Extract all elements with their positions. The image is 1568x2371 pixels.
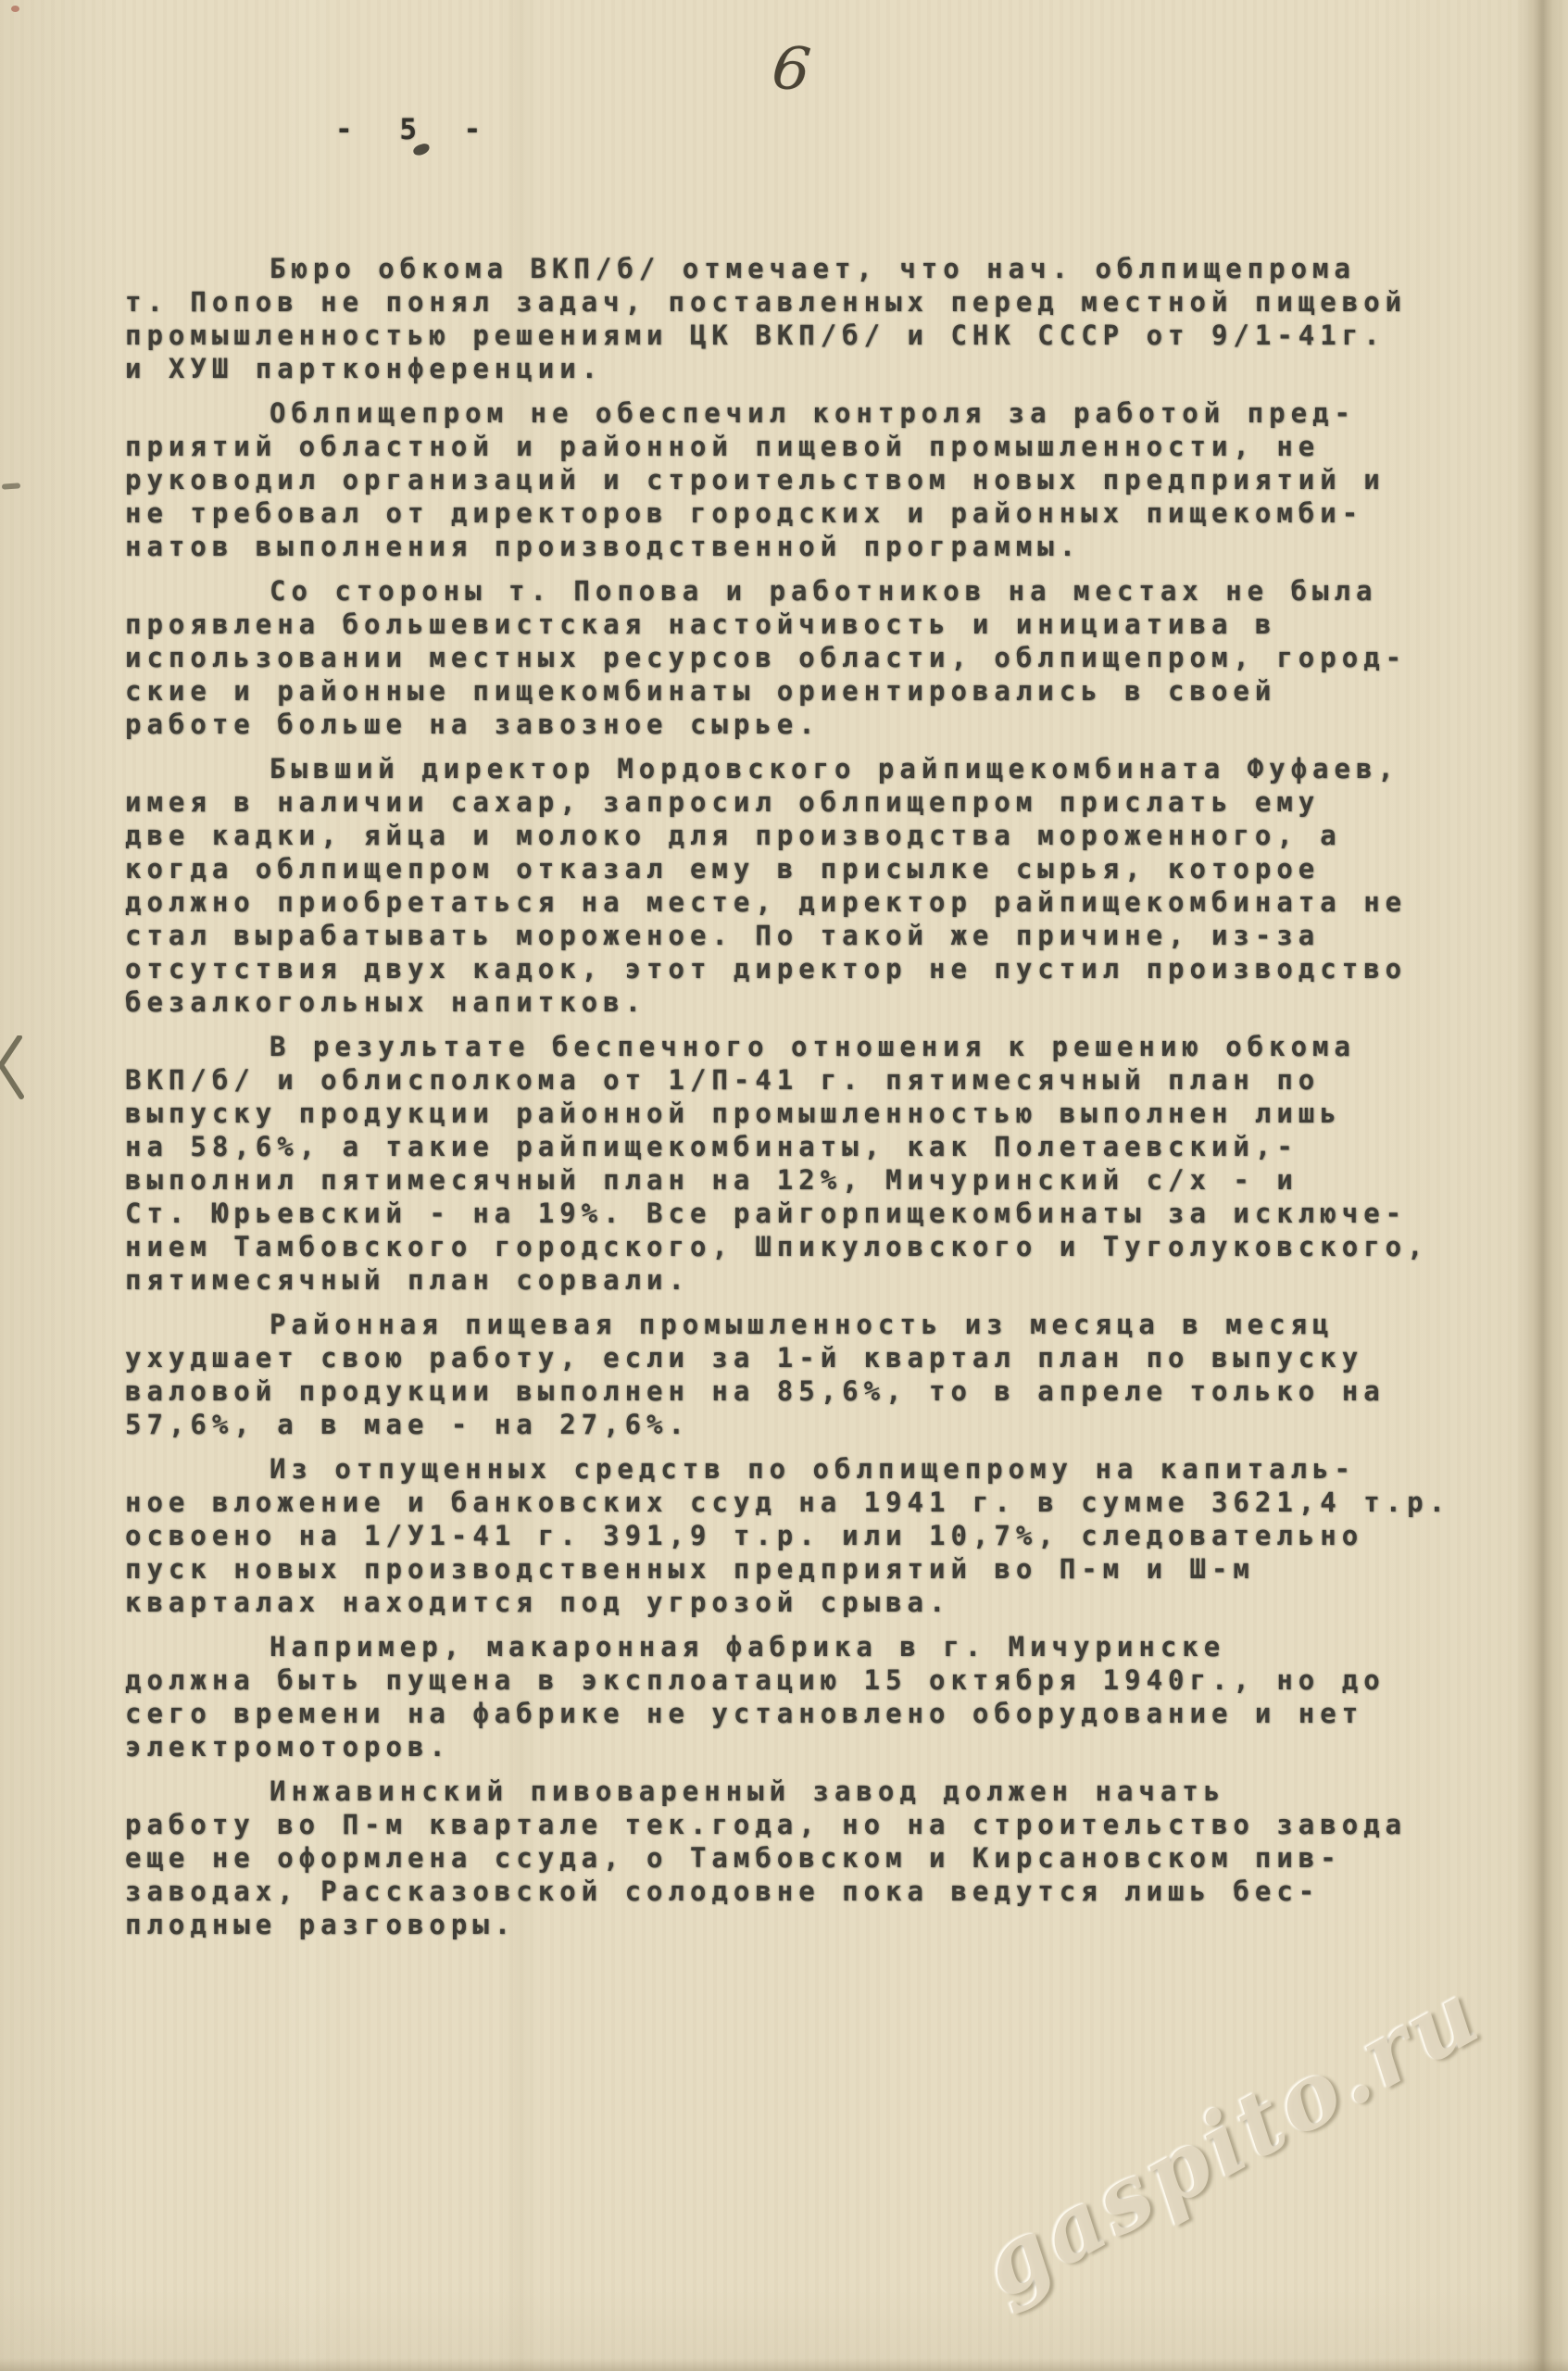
text-line: пуск новых производственных предприятий … — [125, 1552, 1496, 1586]
paragraph: В результате беспечного отношения к реше… — [125, 1030, 1496, 1297]
text-line: Со стороны т. Попова и работников на мес… — [125, 574, 1496, 608]
text-line: Из отпущенных средств по облпищепрому на… — [125, 1452, 1496, 1486]
watermark: gaspito.ru — [964, 1959, 1499, 2318]
text-line: приятий областной и районной пищевой про… — [125, 430, 1496, 463]
text-line: электромоторов. — [125, 1730, 1496, 1763]
text-line: Ст. Юрьевский - на 19%. Все райгорпищеко… — [125, 1197, 1496, 1230]
paragraph: Бывший директор Мордовского райпищекомби… — [125, 752, 1496, 1019]
text-line: отсутствия двух кадок, этот директор не … — [125, 952, 1496, 985]
page-number: - 5 - — [335, 113, 495, 146]
document-body: Бюро обкома ВКП/б/ отмечает, что нач. об… — [125, 252, 1496, 1941]
text-line: т. Попов не понял задач, поставленных пе… — [125, 285, 1496, 319]
text-line: ухудшает свою работу, если за 1-й кварта… — [125, 1341, 1496, 1374]
text-line: не требовал от директоров городских и ра… — [125, 496, 1496, 530]
text-line: В результате беспечного отношения к реше… — [125, 1030, 1496, 1063]
text-line: ВКП/б/ и облисполкома от 1/П-41 г. пятим… — [125, 1063, 1496, 1097]
text-line: работе больше на завозное сырье. — [125, 708, 1496, 741]
text-line: Районная пищевая промышленность из месяц… — [125, 1308, 1496, 1341]
text-line: две кадки, яйца и молоко для производств… — [125, 819, 1496, 852]
text-line: валовой продукции выполнен на 85,6%, то … — [125, 1374, 1496, 1408]
text-line: плодные разговоры. — [125, 1908, 1496, 1941]
text-line: ские и районные пищекомбинаты ориентиров… — [125, 674, 1496, 708]
text-line: выпуску продукции районной промышленност… — [125, 1097, 1496, 1130]
paragraph: Бюро обкома ВКП/б/ отмечает, что нач. об… — [125, 252, 1496, 385]
paragraph: Из отпущенных средств по облпищепрому на… — [125, 1452, 1496, 1619]
text-line: должно приобретаться на месте, директор … — [125, 885, 1496, 919]
text-line: Облпищепром не обеспечил контроля за раб… — [125, 396, 1496, 430]
text-line: и ХУШ партконференции. — [125, 352, 1496, 385]
text-line: Бюро обкома ВКП/б/ отмечает, что нач. об… — [125, 252, 1496, 285]
ink-mark — [2, 483, 20, 489]
text-line: нием Тамбовского городского, Шпикуловско… — [125, 1230, 1496, 1263]
text-line: промышленностью решениями ЦК ВКП/б/ и СН… — [125, 319, 1496, 352]
text-line: выполнил пятимесячный план на 12%, Мичур… — [125, 1163, 1496, 1197]
ink-mark-angle — [0, 1035, 25, 1100]
document-page: - 5 - 6 Бюро обкома ВКП/б/ отмечает, что… — [0, 0, 1568, 2371]
text-line: 57,6%, а в мае - на 27,6%. — [125, 1408, 1496, 1441]
text-line: на 58,6%, а такие райпищекомбинаты, как … — [125, 1130, 1496, 1163]
page-edge-shadow — [1516, 0, 1568, 2371]
text-line: использовании местных ресурсов области, … — [125, 641, 1496, 674]
page-bottom-shadow — [0, 2358, 1568, 2371]
handwritten-page-number: 6 — [769, 33, 813, 106]
text-line: Инжавинский пивоваренный завод должен на… — [125, 1775, 1496, 1808]
text-line: работу во П-м квартале тек.года, но на с… — [125, 1808, 1496, 1841]
text-line: безалкогольных напитков. — [125, 985, 1496, 1019]
text-line: освоено на 1/У1-41 г. 391,9 т.р. или 10,… — [125, 1519, 1496, 1552]
text-line: руководил организаций и строительством н… — [125, 463, 1496, 496]
text-line: стал вырабатывать мороженое. По такой же… — [125, 919, 1496, 952]
text-line: заводах, Рассказовской солодовне пока ве… — [125, 1875, 1496, 1908]
paragraph: Со стороны т. Попова и работников на мес… — [125, 574, 1496, 741]
text-line: проявлена большевистская настойчивость и… — [125, 608, 1496, 641]
red-ink-speck — [11, 6, 19, 12]
paragraph: Облпищепром не обеспечил контроля за раб… — [125, 396, 1496, 563]
text-line: должна быть пущена в эксплоатацию 15 окт… — [125, 1663, 1496, 1697]
text-line: Например, макаронная фабрика в г. Мичури… — [125, 1630, 1496, 1663]
paragraph: Например, макаронная фабрика в г. Мичури… — [125, 1630, 1496, 1763]
text-line: сего времени на фабрике не установлено о… — [125, 1697, 1496, 1730]
text-line: натов выполнения производственной програ… — [125, 530, 1496, 563]
text-line: Бывший директор Мордовского райпищекомби… — [125, 752, 1496, 785]
text-line: когда облпищепром отказал ему в присылке… — [125, 852, 1496, 885]
text-line: имея в наличии сахар, запросил облпищепр… — [125, 785, 1496, 819]
text-line: ное вложение и банковских ссуд на 1941 г… — [125, 1486, 1496, 1519]
paragraph: Районная пищевая промышленность из месяц… — [125, 1308, 1496, 1441]
text-line: пятимесячный план сорвали. — [125, 1263, 1496, 1297]
paragraph: Инжавинский пивоваренный завод должен на… — [125, 1775, 1496, 1941]
text-line: еще не оформлена ссуда, о Тамбовском и К… — [125, 1841, 1496, 1875]
text-line: кварталах находится под угрозой срыва. — [125, 1586, 1496, 1619]
